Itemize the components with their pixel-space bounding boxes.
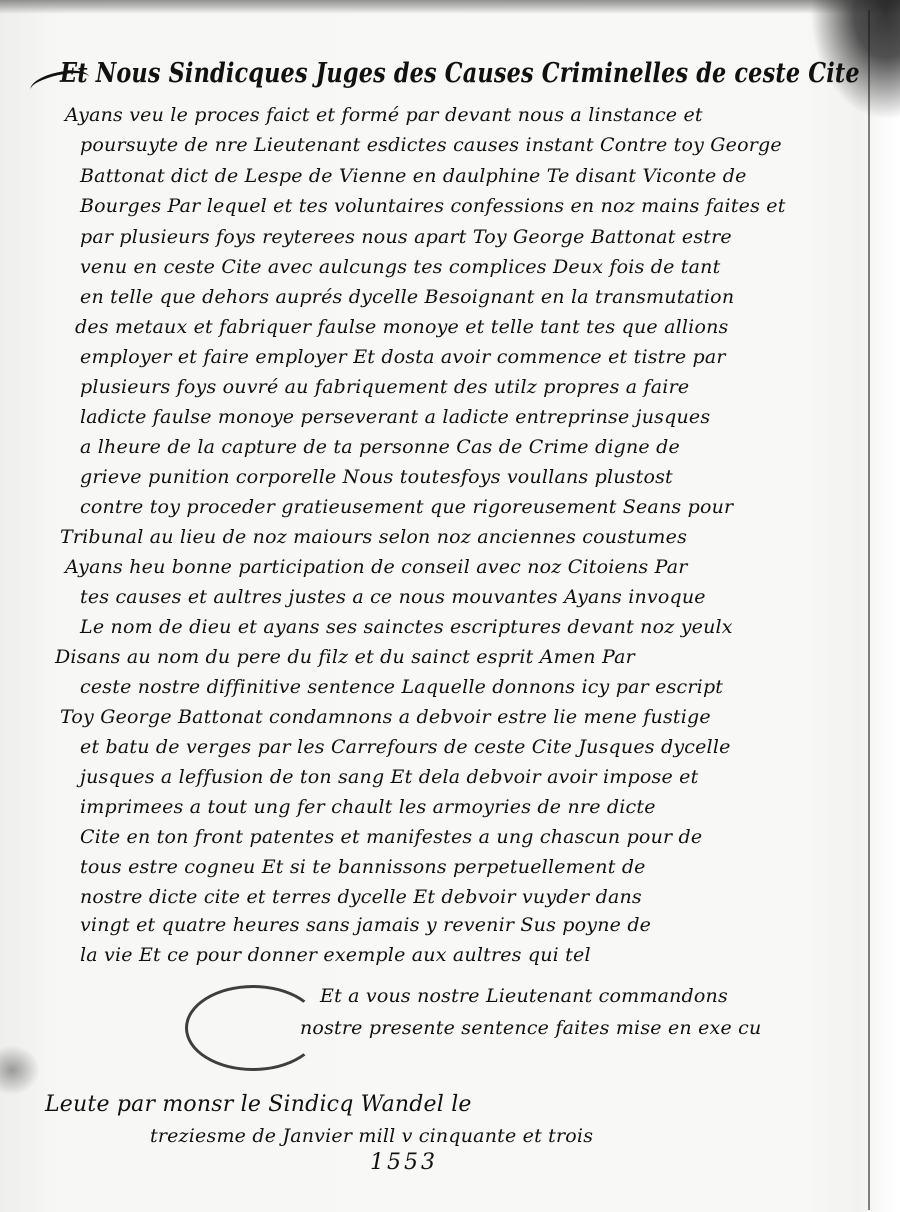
body-line-6: par plusieurs foys reyterees nous apart … — [80, 226, 732, 248]
body-line-24: jusques a leffusion de ton sang Et dela … — [80, 766, 698, 788]
body-line-5: Bourges Par lequel et tes voluntaires co… — [80, 195, 786, 217]
body-line-21: ceste nostre diffinitive sentence Laquel… — [80, 676, 723, 698]
body-line-25: imprimees a tout ung fer chault les armo… — [80, 796, 656, 818]
closing-line-2: nostre presente sentence faites mise en … — [300, 1017, 761, 1039]
body-line-13: a lheure de la capture de ta personne Ca… — [80, 436, 680, 458]
signature-line-1: Leute par monsr le Sindicq Wandel le — [45, 1092, 472, 1117]
body-line-11: plusieurs foys ouvré au fabriquement des… — [80, 376, 689, 398]
body-line-2: Ayans veu le proces faict et formé par d… — [65, 104, 703, 126]
body-line-12: ladicte faulse monoye perseverant a ladi… — [80, 406, 710, 428]
body-line-17: Ayans heu bonne participation de conseil… — [65, 556, 688, 578]
body-line-8: en telle que dehors auprés dycelle Besoi… — [80, 286, 734, 308]
year-1553: 1553 — [370, 1150, 438, 1175]
body-line-23: et batu de verges par les Carrefours de … — [80, 736, 731, 758]
body-line-16: Tribunal au lieu de noz maiours selon no… — [60, 526, 687, 548]
body-line-22: Toy George Battonat condamnons a debvoir… — [60, 706, 711, 728]
body-line-15: contre toy proceder gratieusement que ri… — [80, 496, 733, 518]
signature-line-2: treziesme de Janvier mill v cinquante et… — [150, 1125, 593, 1147]
manuscript-text: Et Nous Sindicques Juges des Causes Crim… — [0, 0, 900, 1212]
body-line-26: Cite en ton front patentes et manifestes… — [80, 826, 702, 848]
manuscript-page: Et Nous Sindicques Juges des Causes Crim… — [0, 0, 900, 1212]
body-line-27: tous estre cogneu Et si te bannissons pe… — [80, 856, 646, 878]
body-line-19: Le nom de dieu et ayans ses sainctes esc… — [80, 616, 733, 638]
body-line-14: grieve punition corporelle Nous toutesfo… — [80, 466, 673, 488]
body-line-3: poursuyte de nre Lieutenant esdictes cau… — [80, 134, 782, 156]
body-line-28: nostre dicte cite et terres dycelle Et d… — [80, 886, 642, 908]
body-line-4: Battonat dict de Lespe de Vienne en daul… — [80, 165, 747, 187]
body-line-20: Disans au nom du pere du filz et du sain… — [55, 646, 635, 668]
body-line-7: venu en ceste Cite avec aulcungs tes com… — [80, 256, 720, 278]
body-line-9: des metaux et fabriquer faulse monoye et… — [75, 316, 728, 338]
body-line-30: la vie Et ce pour donner exemple aux aul… — [80, 944, 591, 966]
body-line-29: vingt et quatre heures sans jamais y rev… — [80, 914, 651, 936]
body-line-1: Et Nous Sindicques Juges des Causes Crim… — [60, 58, 860, 89]
body-line-18: tes causes et aultres justes a ce nous m… — [80, 586, 706, 608]
body-line-10: employer et faire employer Et dosta avoi… — [80, 346, 726, 368]
closing-line-1: Et a vous nostre Lieutenant commandons — [320, 985, 728, 1007]
